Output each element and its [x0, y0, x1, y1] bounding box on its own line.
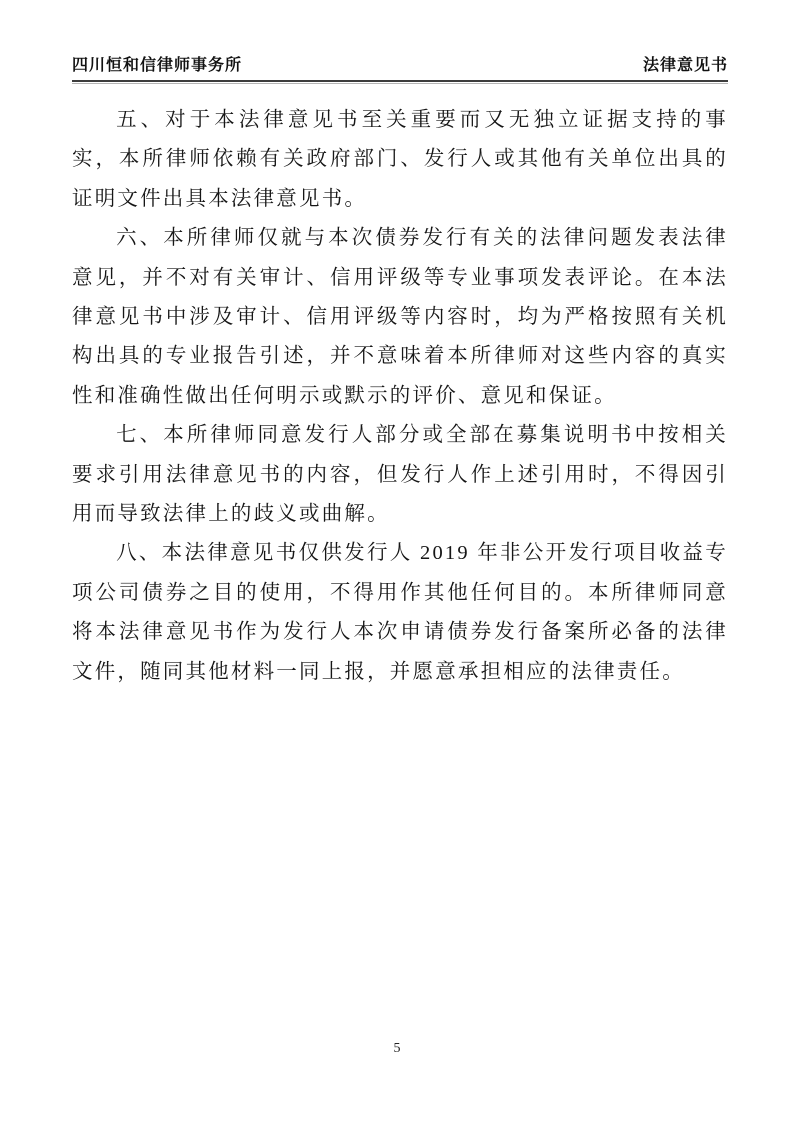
paragraph-item-8: 八、本法律意见书仅供发行人 2019 年非公开发行项目收益专项公司债券之目的使用…	[72, 534, 728, 692]
header-divider	[72, 80, 728, 84]
paragraph-item-6: 六、本所律师仅就与本次债券发行有关的法律问题发表法律意见，并不对有关审计、信用评…	[72, 219, 728, 416]
page-header: 四川恒和信律师事务所 法律意见书	[72, 52, 728, 84]
paragraph-item-7: 七、本所律师同意发行人部分或全部在募集说明书中按相关要求引用法律意见书的内容，但…	[72, 416, 728, 534]
document-body: 五、对于本法律意见书至关重要而又无独立证据支持的事实，本所律师依赖有关政府部门、…	[72, 101, 728, 692]
header-doc-type: 法律意见书	[643, 52, 728, 75]
page-number: 5	[394, 1041, 401, 1056]
header-firm-name: 四川恒和信律师事务所	[72, 52, 242, 75]
page-footer: 5	[0, 1039, 794, 1057]
document-page: 四川恒和信律师事务所 法律意见书 五、对于本法律意见书至关重要而又无独立证据支持…	[0, 0, 794, 1123]
paragraph-item-5: 五、对于本法律意见书至关重要而又无独立证据支持的事实，本所律师依赖有关政府部门、…	[72, 101, 728, 219]
